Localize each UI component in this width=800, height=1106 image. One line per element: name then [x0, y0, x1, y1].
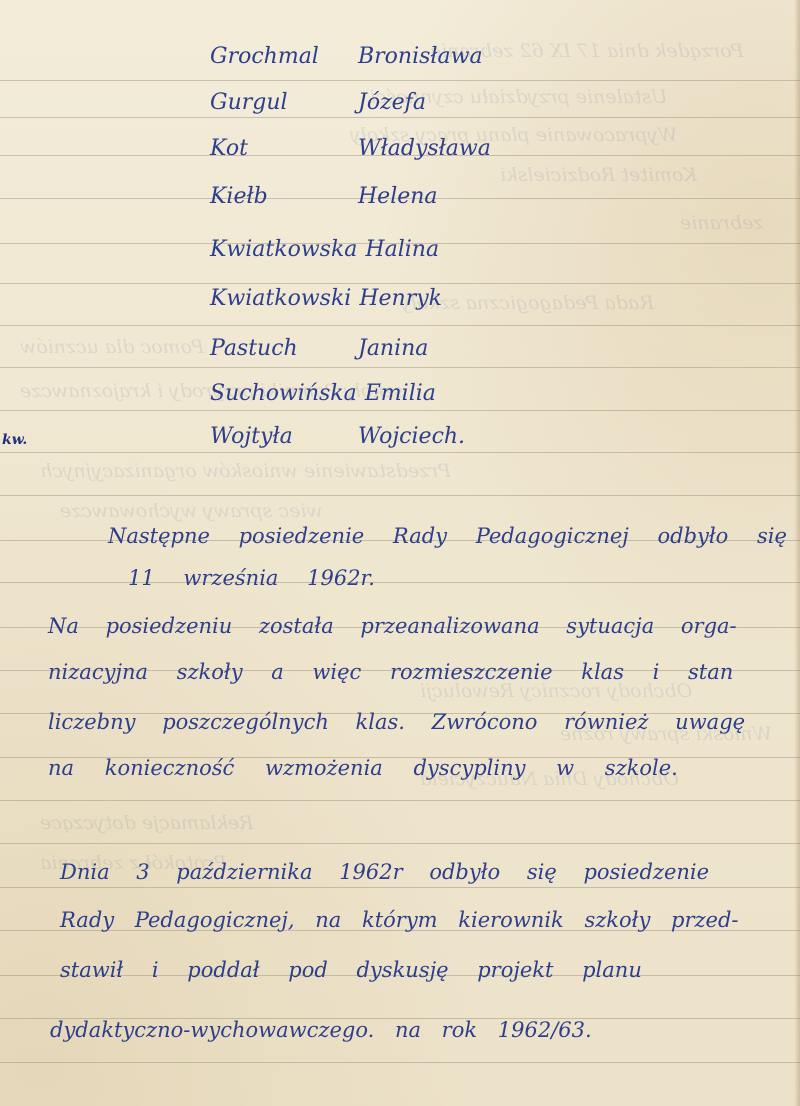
given-name: Halina — [365, 237, 439, 262]
surname: Gurgul — [210, 90, 350, 115]
surname: Grochmal — [210, 44, 350, 69]
given-name: Józefa — [358, 90, 426, 115]
margin-mark: kw. — [2, 432, 27, 448]
text-line: liczebny poszczególnych klas. Zwrócono r… — [48, 710, 745, 734]
text-line: Rady Pedagogicznej, na którym kierownik … — [60, 908, 739, 932]
ruled-line — [0, 283, 800, 284]
attendee-row: SuchowińskaEmilia — [210, 381, 436, 406]
ruled-line — [0, 843, 800, 844]
attendee-row: GurgulJózefa — [210, 90, 426, 115]
given-name: Władysława — [358, 136, 491, 161]
ruled-line — [0, 367, 800, 368]
surname: Kwiatkowski — [210, 286, 351, 311]
ruled-line — [0, 582, 800, 583]
bleed-through-text: Reklamacje dotyczące — [40, 812, 253, 834]
given-name: Bronisława — [358, 44, 483, 69]
attendee-row: GrochmalBronisława — [210, 44, 483, 69]
ruled-line — [0, 495, 800, 496]
text-line: na konieczność wzmożenia dyscypliny w sz… — [48, 756, 678, 780]
page-edge-shadow — [794, 0, 800, 1106]
document-page: Porządek dnia 17 IX 62 zebrania Ustaleni… — [0, 0, 800, 1106]
given-name: Janina — [358, 336, 428, 361]
surname: Kwiatkowska — [210, 237, 357, 262]
ruled-line — [0, 325, 800, 326]
text-line: stawił i poddał pod dyskusję projekt pla… — [60, 958, 642, 982]
surname: Pastuch — [210, 336, 350, 361]
attendee-row: WojtyłaWojciech. — [210, 424, 465, 449]
given-name: Wojciech. — [358, 424, 465, 449]
given-name: Henryk — [359, 286, 442, 311]
surname: Wojtyła — [210, 424, 350, 449]
text-line: Dnia 3 października 1962r odbyło się pos… — [60, 860, 709, 884]
bleed-through-text: Komitet Rodzicielski — [500, 164, 697, 186]
bleed-through-text: Pomoc dla uczniów — [20, 336, 204, 358]
text-line: Następne posiedzenie Rady Pedagogicznej … — [108, 524, 787, 548]
text-line: dydaktyczno-wychowawczego. na rok 1962/6… — [50, 1018, 592, 1042]
ruled-line — [0, 800, 800, 801]
bleed-through-text: Przedstawienie wniosków organizacyjnych — [40, 460, 451, 482]
ruled-line — [0, 887, 800, 888]
attendee-row: PastuchJanina — [210, 336, 428, 361]
surname: Suchowińska — [210, 381, 357, 406]
given-name: Helena — [358, 184, 438, 209]
text-line: nizacyjna szkoły a więc rozmieszczenie k… — [48, 660, 733, 684]
given-name: Emilia — [365, 381, 436, 406]
ruled-line — [0, 1062, 800, 1063]
attendee-row: KwiatkowskiHenryk — [210, 286, 442, 311]
ruled-line — [0, 410, 800, 411]
bleed-through-text: wiec sprawy wychowawcze — [60, 500, 323, 522]
text-line: Na posiedzeniu została przeanalizowana s… — [48, 614, 737, 638]
attendee-row: KwiatkowskaHalina — [210, 237, 439, 262]
ruled-line — [0, 80, 800, 81]
bleed-through-text: zebranie — [680, 212, 763, 234]
attendee-row: KotWładysława — [210, 136, 491, 161]
ruled-line — [0, 452, 800, 453]
surname: Kiełb — [210, 184, 350, 209]
surname: Kot — [210, 136, 350, 161]
attendee-row: KiełbHelena — [210, 184, 438, 209]
ruled-line — [0, 117, 800, 118]
text-line: 11 września 1962r. — [128, 566, 375, 590]
